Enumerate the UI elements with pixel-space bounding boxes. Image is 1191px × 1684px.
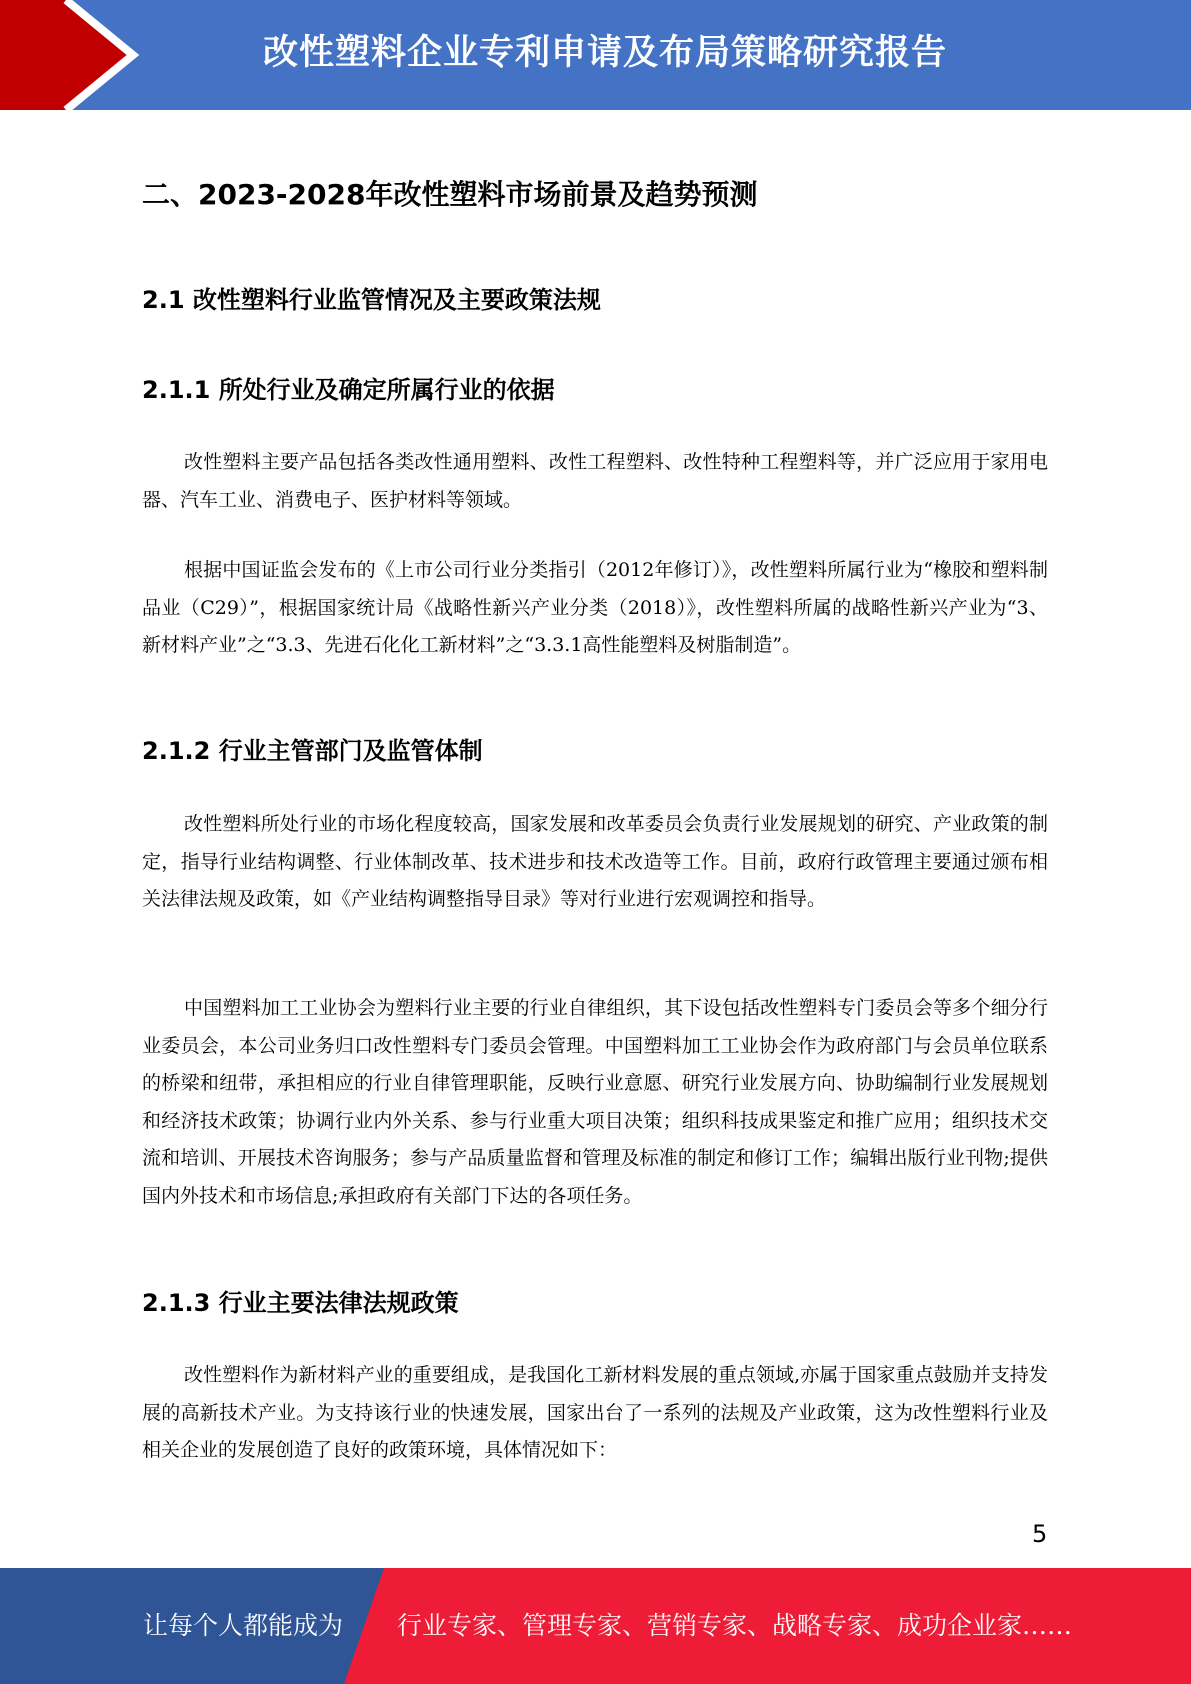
chapter-heading: 二、2023-2028年改性塑料市场前景及趋势预测: [142, 175, 757, 215]
report-title: 改性塑料企业专利申请及布局策略研究报告: [263, 28, 947, 78]
footer-slogan-left: 让每个人都能成为: [143, 1608, 343, 1644]
paragraph: 改性塑料主要产品包括各类改性通用塑料、改性工程塑料、改性特种工程塑料等，并广泛应…: [142, 444, 1048, 519]
footer-slogan-right: 行业专家、管理专家、营销专家、战略专家、成功企业家……: [397, 1608, 1072, 1644]
paragraph: 根据中国证监会发布的《上市公司行业分类指引（2012年修订）》，改性塑料所属行业…: [142, 552, 1048, 665]
section-heading-2-1-2: 2.1.2 行业主管部门及监管体制: [142, 733, 483, 769]
page-footer-banner: 让每个人都能成为 行业专家、管理专家、营销专家、战略专家、成功企业家……: [0, 1568, 1191, 1684]
red-chevron-icon: [0, 0, 150, 110]
page-number: 5: [1032, 1518, 1047, 1550]
page-header-banner: 改性塑料企业专利申请及布局策略研究报告: [0, 0, 1191, 110]
paragraph: 改性塑料所处行业的市场化程度较高，国家发展和改革委员会负责行业发展规划的研究、产…: [142, 806, 1048, 919]
paragraph: 中国塑料加工工业协会为塑料行业主要的行业自律组织，其下设包括改性塑料专门委员会等…: [142, 990, 1048, 1215]
section-heading-2-1: 2.1 改性塑料行业监管情况及主要政策法规: [142, 282, 601, 318]
paragraph: 改性塑料作为新材料产业的重要组成，是我国化工新材料发展的重点领域,亦属于国家重点…: [142, 1357, 1048, 1470]
section-heading-2-1-3: 2.1.3 行业主要法律法规政策: [142, 1285, 459, 1321]
section-heading-2-1-1: 2.1.1 所处行业及确定所属行业的依据: [142, 372, 555, 408]
